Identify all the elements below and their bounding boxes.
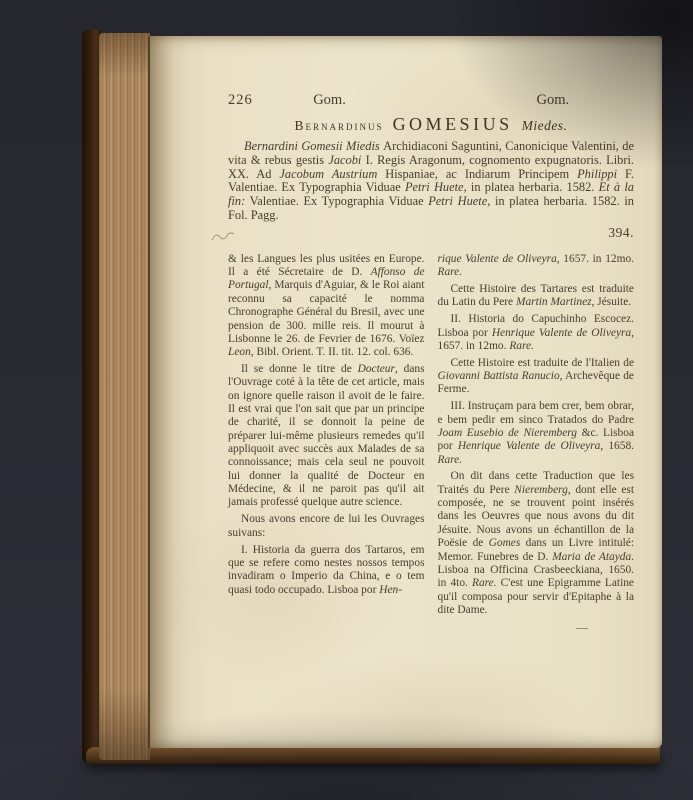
bibliographic-entry: Bernardini Gomesii Miedis Archidiaconi S… [228, 140, 634, 223]
running-head-left: Gom. [228, 92, 431, 109]
printed-text-block: 226 Gom. Gom. Bernardinus GOMESIUS Miede… [228, 92, 634, 634]
paragraph: Nous avons encore de lui les Ouvrages su… [228, 513, 425, 540]
paragraph: III. Instruçam para bem crer, bem obrar,… [438, 400, 635, 467]
running-head: 226 Gom. Gom. [228, 92, 634, 111]
paragraph: Cette Histoire des Tartares est traduite… [438, 283, 635, 310]
paragraph: rique Valente de Oliveyra, 1657. in 12mo… [438, 253, 635, 280]
book-cover-bottom-edge [86, 747, 660, 764]
two-column-text: & les Langues les plus usitées en Europe… [228, 253, 634, 634]
paragraph: I. Historia da guerra dos Tartaros, em q… [228, 544, 425, 597]
paragraph: Cette Histoire est traduite de l'Italien… [438, 357, 635, 397]
left-column: & les Langues les plus usitées en Europe… [228, 253, 425, 634]
running-head-right: Gom. [472, 92, 634, 109]
heading-forename: Bernardinus [295, 118, 384, 133]
article-heading: Bernardinus GOMESIUS Miedes. [228, 114, 634, 135]
paragraph: & les Langues les plus usitées en Europe… [228, 253, 425, 360]
right-column: rique Valente de Oliveyra, 1657. in 12mo… [438, 253, 635, 634]
paragraph: On dit dans cette Traduction que les Tra… [438, 470, 635, 617]
paragraph: Il se donne le titre de Docteur, dans l'… [228, 363, 425, 510]
heading-byname: Miedes. [522, 118, 568, 133]
book-page: 226 Gom. Gom. Bernardinus GOMESIUS Miede… [148, 36, 662, 748]
right-column-paragraphs: rique Valente de Oliveyra, 1657. in 12mo… [438, 253, 635, 617]
paragraph: II. Historia do Capuchinho Escocez. Lisb… [438, 313, 635, 353]
book-fore-edge-pages [99, 33, 150, 760]
pagination-note: 394. [228, 225, 634, 241]
book-photo: 226 Gom. Gom. Bernardinus GOMESIUS Miede… [0, 0, 693, 800]
end-dash-mark: — [438, 621, 635, 634]
heading-surname: GOMESIUS [393, 114, 513, 134]
